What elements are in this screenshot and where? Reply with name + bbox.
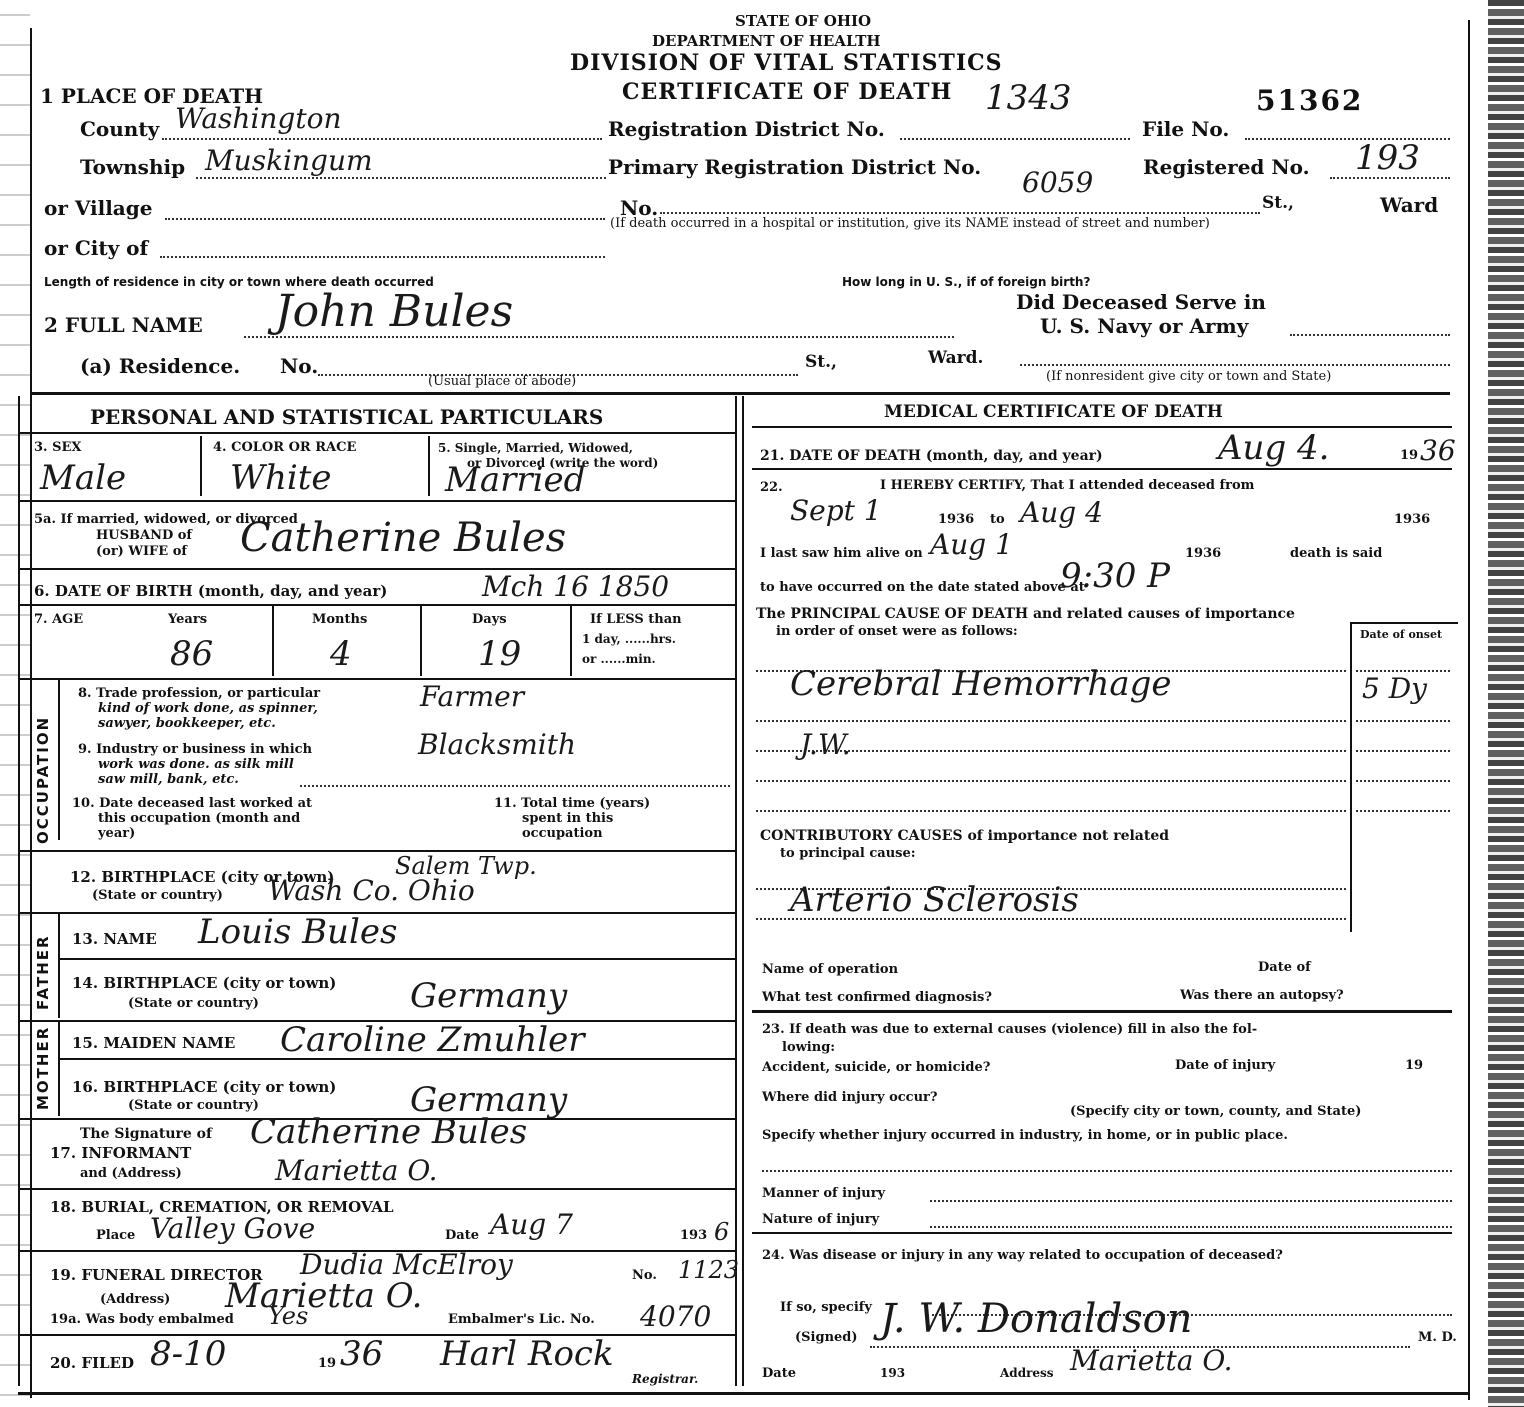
cause-label-2: in order of onset were as follows: [776,624,1018,639]
reg-district-value: 1343 [985,78,1072,118]
filed-year-prefix: 19 [318,1356,336,1371]
where-note: (Specify city or town, county, and State… [1070,1104,1361,1119]
file-no-label: File No. [1142,117,1229,141]
trade-label: 8. Trade profession, or particular kind … [78,686,320,731]
contributory-value: Arterio Sclerosis [790,880,1079,920]
years-label: Years [168,612,207,627]
if-so-label: If so, specify [780,1300,872,1315]
funeral-no-label: No. [632,1268,657,1283]
registered-no-value: 193 [1355,138,1420,178]
personal-section-title: PERSONAL AND STATISTICAL PARTICULARS [90,405,603,429]
where-label: Where did injury occur? [762,1090,938,1105]
ward-label: Ward [1380,193,1438,217]
father-name-label: 13. NAME [72,930,157,948]
attended-from-value: Sept 1 [790,494,882,527]
spouse-value: Catherine Bules [240,515,566,561]
primary-reg-label: Primary Registration District No. [608,155,981,179]
total-time-label: 11. Total time (years) spent in this occ… [494,796,650,841]
embalmer-value: 4070 [640,1300,711,1333]
death-said-label: death is said [1290,546,1382,561]
cause-initials: J.W. [800,728,851,761]
last-saw-label: I last saw him alive on [760,546,923,561]
spouse-label-2: HUSBAND of [96,528,192,543]
mother-name-label: 15. MAIDEN NAME [72,1034,235,1052]
last-saw-value: Aug 1 [930,528,1013,561]
physician-address-value: Marietta O. [1070,1344,1233,1377]
filed-label: 20. FILED [50,1354,134,1372]
signed-label: (Signed) [795,1330,858,1345]
funeral-no-value: 1123 [678,1256,739,1284]
mother-name-value: Caroline Zmuhler [280,1020,585,1060]
full-name-value: John Bules [275,286,513,337]
header-state: STATE OF OHIO [735,12,871,30]
left-border [30,28,32,1398]
sex-label: 3. SEX [34,440,81,455]
father-birthplace-label: 14. BIRTHPLACE (city or town) [72,974,336,992]
mother-side-label: MOTHER [34,1026,52,1110]
less-label-3: or ......min. [582,652,656,666]
mother-birthplace-label: 16. BIRTHPLACE (city or town) [72,1078,336,1096]
dod-year-prefix: 19 [1400,448,1418,463]
age-label: 7. AGE [34,612,83,627]
residence-ward-label: Ward. [928,348,983,368]
left-scan-edge [0,0,30,1407]
burial-date-label: Date [445,1228,479,1243]
days-value: 19 [478,634,521,674]
sign-date-label: Date [762,1366,796,1381]
residence-st-label: St., [805,352,837,372]
time-of-death-value: 9:30 P [1060,556,1170,596]
years-value: 86 [170,634,213,674]
father-bp-state-label: (State or country) [128,996,259,1011]
occupation-question: 24. Was disease or injury in any way rel… [762,1248,1283,1263]
embalmer-label: Embalmer's Lic. No. [448,1312,595,1327]
burial-year-value: 6 [714,1218,729,1246]
township-value: Muskingum [205,144,373,177]
last-worked-label: 10. Date deceased last worked at this oc… [72,796,312,841]
manner-label: Manner of injury [762,1186,885,1201]
race-value: White [230,458,332,498]
less-label-2: 1 day, ......hrs. [582,632,676,646]
funeral-address-label: (Address) [100,1292,170,1307]
primary-reg-value: 6059 [1022,166,1093,199]
operation-label: Name of operation [762,962,898,977]
burial-year-prefix: 193 [680,1228,707,1243]
injury-date-label: Date of injury [1175,1058,1275,1073]
dod-year-value: 36 [1420,434,1456,467]
page-title: CERTIFICATE OF DEATH [622,79,952,105]
specify-label: Specify whether injury occurred in indus… [762,1128,1288,1143]
informant-value: Catherine Bules [250,1112,527,1152]
served-label-2: U. S. Navy or Army [1040,314,1248,338]
physician-signature: J. W. Donaldson [880,1296,1192,1342]
residence-label: (a) Residence. [80,354,240,378]
city-label: or City of [44,236,148,260]
industry-label: 9. Industry or business in which work wa… [78,742,312,787]
registered-no-label: Registered No. [1143,155,1310,179]
served-label-1: Did Deceased Serve in [1016,290,1266,314]
county-value: Washington [175,102,342,135]
foreign-birth-label: How long in U. S., if of foreign birth? [842,275,1090,289]
occurred-label: to have occurred on the date stated abov… [760,580,1085,595]
attended-to-label: to [990,512,1005,527]
village-label: or Village [44,196,152,220]
filed-date-value: 8-10 [150,1334,226,1374]
contributory-label-2: to principal cause: [780,846,916,861]
father-birthplace-value: Germany [410,976,567,1016]
industry-value: Blacksmith [418,728,576,761]
last-saw-year: 1936 [1185,546,1221,561]
accident-label: Accident, suicide, or homicide? [762,1060,990,1075]
md-label: M. D. [1418,1330,1457,1345]
right-border [1468,20,1470,1400]
county-label: County [80,117,159,141]
attended-to-value: Aug 4 [1020,496,1103,529]
informant-label-3: and (Address) [80,1166,182,1181]
township-label: Township [80,155,185,179]
months-label: Months [312,612,367,627]
occupation-side-label: OCCUPATION [34,716,52,844]
funeral-address-value: Marietta O. [225,1276,422,1316]
days-label: Days [472,612,507,627]
street-st-label: St., [1262,193,1294,213]
marital-label-1: 5. Single, Married, Widowed, [438,441,633,455]
registrar-signature: Harl Rock [440,1334,614,1374]
external-label-1: 23. If death was due to external causes … [762,1022,1257,1037]
birthplace-state: Wash Co. Ohio [268,874,475,907]
sign-date-year: 193 [880,1366,905,1380]
principal-cause-value: Cerebral Hemorrhage [790,664,1172,704]
registrar-label: Registrar. [632,1372,698,1386]
marital-value: Married [445,460,585,500]
nonresident-note: (If nonresident give city or town and St… [1046,369,1331,384]
informant-label-1: The Signature of [80,1126,212,1142]
onset-header: Date of onset [1360,628,1442,641]
residence-no-label: No. [280,354,318,378]
dob-label: 6. DATE OF BIRTH (month, day, and year) [34,582,387,600]
filed-year-value: 36 [340,1334,383,1374]
months-value: 4 [330,634,352,674]
burial-place-label: Place [96,1228,135,1243]
file-no-value: 51362 [1256,84,1363,117]
burial-place-value: Valley Gove [150,1212,315,1245]
embalmed-value: Yes [268,1302,308,1330]
father-side-label: FATHER [34,934,52,1010]
right-scan-edge [1488,0,1524,1407]
onset-value: 5 Dy [1362,672,1427,705]
nature-label: Nature of injury [762,1212,879,1227]
contributory-label-1: CONTRIBUTORY CAUSES of importance not re… [760,828,1169,844]
mother-bp-state-label: (State or country) [128,1098,259,1113]
external-label-2: lowing: [782,1040,835,1055]
abode-note: (Usual place of abode) [428,374,576,389]
less-label-1: If LESS than [590,612,682,627]
informant-address: Marietta O. [275,1154,438,1187]
test-label: What test confirmed diagnosis? [762,990,992,1005]
race-label: 4. COLOR OR RACE [213,440,356,455]
certify-label: I HEREBY CERTIFY, That I attended deceas… [880,478,1254,493]
attended-to-year: 1936 [1394,512,1430,527]
medical-section-title: MEDICAL CERTIFICATE OF DEATH [884,402,1223,422]
header-division: DIVISION OF VITAL STATISTICS [570,50,1003,76]
embalmed-label: 19a. Was body embalmed [50,1312,234,1327]
reg-district-label: Registration District No. [608,117,885,141]
trade-value: Farmer [420,680,524,713]
dob-value: Mch 16 1850 [482,570,669,603]
spouse-label-3: (or) WIFE of [96,544,187,559]
injury-year: 19 [1405,1058,1423,1073]
operation-date-label: Date of [1258,960,1311,975]
full-name-label: 2 FULL NAME [44,313,203,337]
father-name-value: Louis Bules [198,912,397,952]
attended-from-year: 1936 [938,512,974,527]
sex-value: Male [40,458,126,498]
dod-value: Aug 4. [1218,428,1329,468]
hospital-note: (If death occurred in a hospital or inst… [610,216,1210,231]
cause-label-1: The PRINCIPAL CAUSE OF DEATH and related… [756,606,1295,622]
certify-number: 22. [760,480,783,495]
physician-address-label: Address [1000,1366,1054,1380]
birthplace-state-label: (State or country) [92,888,223,903]
autopsy-label: Was there an autopsy? [1180,988,1344,1003]
header-department: DEPARTMENT OF HEALTH [652,32,881,50]
dod-label: 21. DATE OF DEATH (month, day, and year) [760,448,1103,464]
burial-date-value: Aug 7 [490,1208,573,1241]
informant-label-2: 17. INFORMANT [50,1144,191,1162]
